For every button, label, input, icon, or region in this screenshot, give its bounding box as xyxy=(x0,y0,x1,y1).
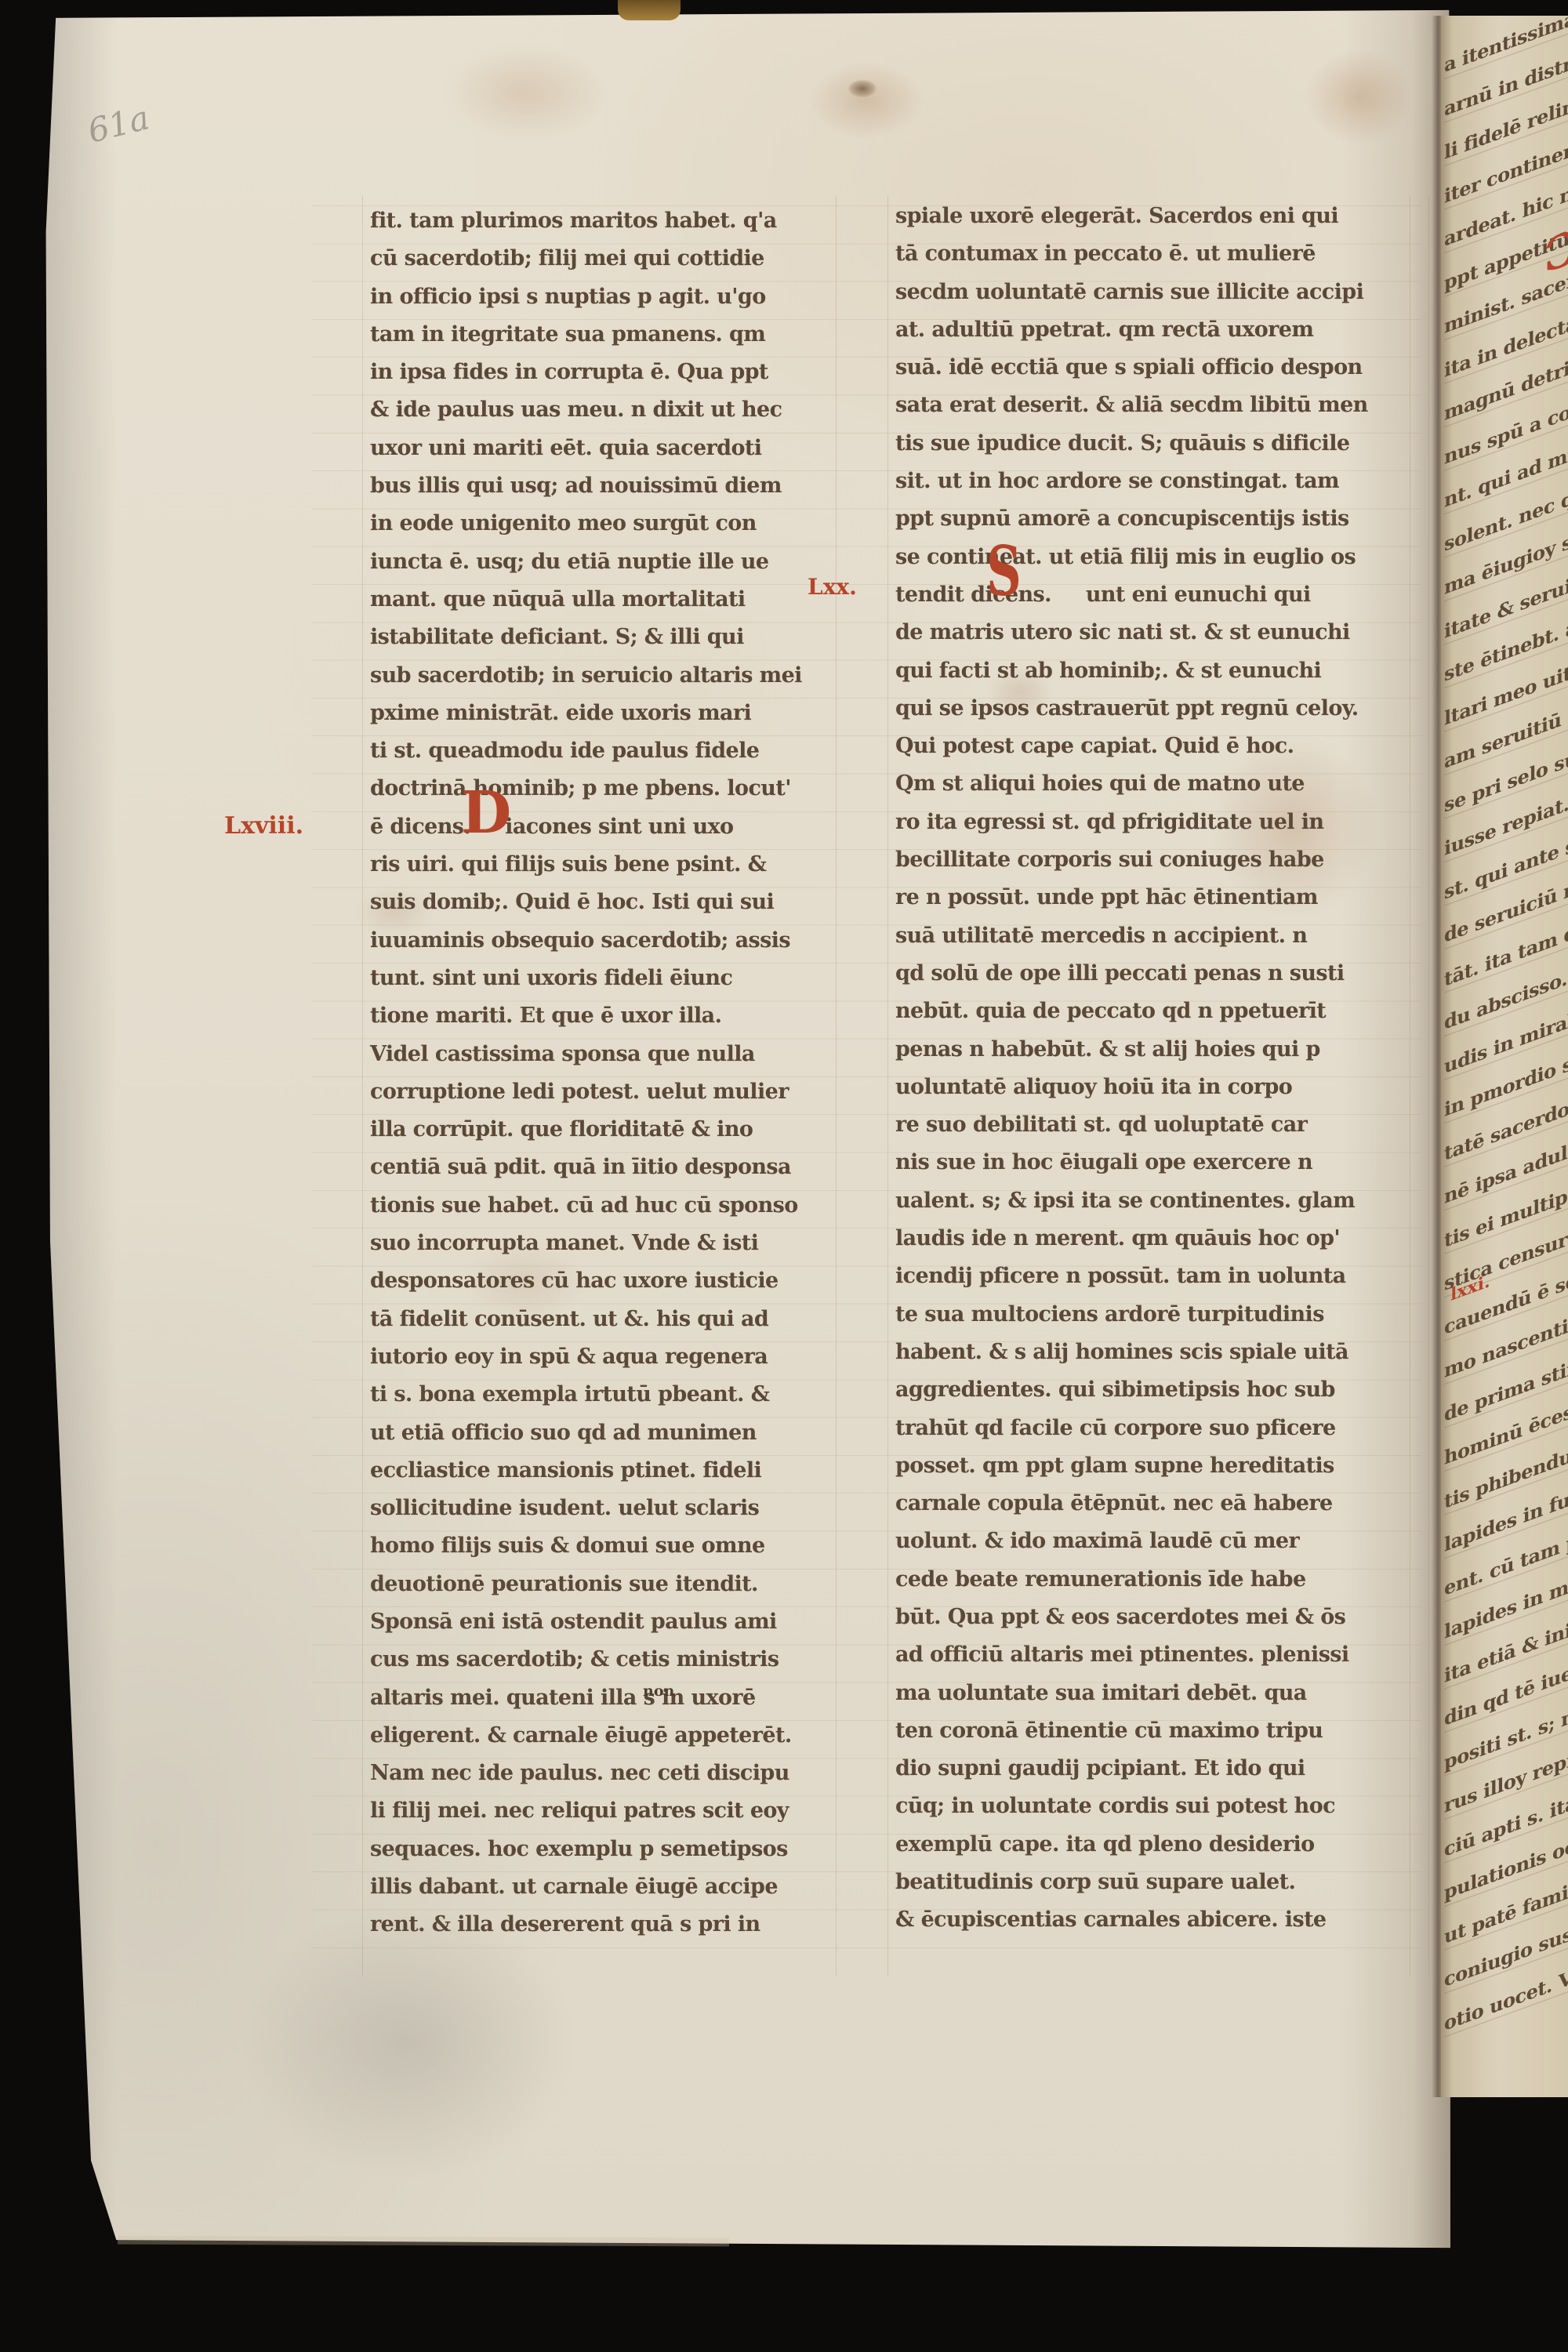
edge-rubricated-initial-fragment: Ɔ xyxy=(1544,222,1568,281)
manuscript-line: fit. tam plurimos maritos habet. q'a xyxy=(370,202,833,240)
manuscript-line: qui facti st ab hominib;. & st eunuchi xyxy=(895,652,1419,690)
manuscript-line: posset. qm ppt glam supne hereditatis xyxy=(895,1447,1419,1485)
ruling-vertical xyxy=(836,196,837,1976)
manuscript-line: spiale uxorē elegerāt. Sacerdos eni qui xyxy=(895,198,1419,235)
manuscript-line: ro ita egressi st. qd pfrigiditate uel i… xyxy=(895,804,1419,841)
manuscript-line: centiā suā pdit. quā in īitio desponsa xyxy=(370,1149,833,1186)
manuscript-line: nis sue in hoc ēiugali ope exercere n xyxy=(895,1144,1419,1181)
manuscript-line: ris uiri. qui filijs suis bene psint. & xyxy=(370,846,833,884)
page-bottom-edge xyxy=(118,2236,729,2247)
manuscript-line: penas n habebūt. & st alij hoies qui p xyxy=(895,1031,1419,1069)
manuscript-line: ualent. s; & ipsi ita se continentes. gl… xyxy=(895,1182,1419,1220)
manuscript-line: sequaces. hoc exemplu p semetipsos xyxy=(370,1831,833,1868)
manuscript-line: illa corrūpit. que floriditatē & ino xyxy=(370,1111,833,1149)
manuscript-line: exemplū cape. ita qd pleno desiderio xyxy=(895,1826,1419,1864)
manuscript-line: ut etiā officio suo qd ad munimen xyxy=(370,1414,833,1452)
manuscript-line: in ipsa fides in corrupta ē. Qua ppt xyxy=(370,354,833,391)
manuscript-line: deuotionē peurationis sue itendit. xyxy=(370,1566,833,1603)
manuscript-line: tione mariti. Et que ē uxor illa. xyxy=(370,997,833,1035)
manuscript-line: desponsatores cū hac uxore iusticie xyxy=(370,1262,833,1300)
manuscript-line: laudis ide n merent. qm quāuis hoc op' xyxy=(895,1220,1419,1258)
ruling-vertical xyxy=(887,196,888,1976)
rubricated-initial-s: S xyxy=(986,538,1022,606)
manuscript-line: cūq; in uoluntate cordis sui potest hoc xyxy=(895,1788,1419,1825)
manuscript-line: cede beate remunerationis īde habe xyxy=(895,1561,1419,1599)
text-column-right: spiale uxorē elegerāt. Sacerdos eni qui … xyxy=(895,198,1419,1940)
manuscript-line: ad officiū altaris mei ptinentes. plenis… xyxy=(895,1636,1419,1674)
manuscript-line: sit. ut in hoc ardore se constingat. tam xyxy=(895,463,1419,500)
manuscript-line: cus ms sacerdotib; & cetis ministris xyxy=(370,1641,833,1679)
manuscript-line: iutorio eoy in spū & aqua regenera xyxy=(370,1338,833,1376)
manuscript-line: Qm st aliqui hoies qui de matno ute xyxy=(895,765,1419,803)
margin-chapter-numeral-lxviii: Lxviii. xyxy=(224,812,303,840)
manuscript-line: Sponsā eni istā ostendit paulus ami xyxy=(370,1603,833,1641)
manuscript-line: trahūt qd facile cū corpore suo pficere xyxy=(895,1410,1419,1447)
manuscript-line: iuncta ē. usq; du etiā nuptie ille ue xyxy=(370,543,833,581)
manuscript-line: suā utilitatē mercedis n accipient. n xyxy=(895,917,1419,955)
manuscript-line: corruptione ledi potest. uelut mulier xyxy=(370,1073,833,1111)
manuscript-line: ppt supnū amorē a concupiscentijs istis xyxy=(895,500,1419,538)
manuscript-line: homo filijs suis & domui sue omne xyxy=(370,1527,833,1565)
manuscript-line: becillitate corporis sui coniuges habe xyxy=(895,841,1419,879)
manuscript-line: re suo debilitati st. qd uoluptatē car xyxy=(895,1106,1419,1144)
manuscript-line: habent. & s alij homines scis spiale uit… xyxy=(895,1334,1419,1371)
manuscript-line: suā. idē ecctiā que s spiali officio des… xyxy=(895,349,1419,387)
manuscript-line: uxor uni mariti eēt. quia sacerdoti xyxy=(370,430,833,467)
manuscript-line: Nam nec ide paulus. nec ceti discipu xyxy=(370,1755,833,1792)
manuscript-line: tis sue ipudice ducit. S; quāuis s dific… xyxy=(895,425,1419,463)
manuscript-line: tam in itegritate sua pmanens. qm xyxy=(370,316,833,354)
manuscript-line: tionis sue habet. cū ad huc cū sponso xyxy=(370,1187,833,1225)
manuscript-line: altaris mei. quateni illa s in uxorē xyxy=(370,1679,833,1717)
manuscript-line: istabilitate deficiant. S; & illi qui xyxy=(370,619,833,656)
manuscript-line: ten coronā ētinentie cū maximo tripu xyxy=(895,1712,1419,1750)
manuscript-line: carnale copula ētēpnūt. nec eā habere xyxy=(895,1485,1419,1523)
manuscript-line: beatitudinis corp suū supare ualet. xyxy=(895,1864,1419,1901)
manuscript-line: pxime ministrāt. eide uxoris mari xyxy=(370,695,833,732)
manuscript-line: mant. que nūquā ulla mortalitati xyxy=(370,581,833,619)
manuscript-line: uolunt. & ido maximā laudē cū mer xyxy=(895,1523,1419,1560)
manuscript-line: tā fidelit conūsent. ut &. his qui ad xyxy=(370,1301,833,1338)
manuscript-line: te sua multociens ardorē turpitudinis xyxy=(895,1296,1419,1334)
text-column-left: fit. tam plurimos maritos habet. q'a cū … xyxy=(370,202,833,1944)
manuscript-line: at. adultiū ppetrat. qm rectā uxorem xyxy=(895,311,1419,349)
manuscript-line: & ide paulus uas meu. n dixit ut hec xyxy=(370,391,833,429)
manuscript-line: sub sacerdotib; in seruicio altaris mei xyxy=(370,657,833,695)
manuscript-line: tā contumax in peccato ē. ut mulierē xyxy=(895,235,1419,273)
manuscript-line: suo incorrupta manet. Vnde & isti xyxy=(370,1225,833,1262)
rubricated-initial-d: D xyxy=(461,784,511,842)
manuscript-line: secdm uoluntatē carnis sue illicite acci… xyxy=(895,274,1419,311)
manuscript-line: doctrinā hominib; p me pbens. locut' xyxy=(370,770,833,808)
manuscript-line: tunt. sint uni uxoris fideli ēiunc xyxy=(370,960,833,997)
manuscript-line: qui se ipsos castrauerūt ppt regnū celoy… xyxy=(895,690,1419,728)
manuscript-line: in officio ipsi s nuptias p agit. u'go xyxy=(370,278,833,316)
facing-page-text: lxxi. Ɔ a itentissima deuotione arnū in … xyxy=(1444,16,1568,2045)
ruling-vertical xyxy=(362,196,363,1976)
manuscript-line: būt. Qua ppt & eos sacerdotes mei & ōs xyxy=(895,1599,1419,1636)
manuscript-line: sollicitudine isudent. uelut sclaris xyxy=(370,1490,833,1527)
manuscript-line: ma uoluntate sua imitari debēt. qua xyxy=(895,1675,1419,1712)
manuscript-line: icendij pficere n possūt. tam in uolunta xyxy=(895,1258,1419,1295)
manuscript-line: illis dabant. ut carnale ēiugē accipe xyxy=(370,1868,833,1906)
manuscript-line: & ēcupiscentias carnales abicere. iste xyxy=(895,1901,1419,1939)
interlinear-correction: non xyxy=(643,1684,674,1699)
page-left-edge-shadow xyxy=(43,8,118,2250)
manuscript-line: tendit dicens. unt eni eunuchi qui xyxy=(895,576,1419,614)
manuscript-line: dio supni gaudij pcipiant. Et ido qui xyxy=(895,1750,1419,1788)
manuscript-line: ti st. queadmodu ide paulus fidele xyxy=(370,732,833,770)
manuscript-line: Qui potest cape capiat. Quid ē hoc. xyxy=(895,728,1419,765)
manuscript-line: li filij mei. nec reliqui patres scit eo… xyxy=(370,1792,833,1830)
manuscript-line: in eode unigenito meo surgūt con xyxy=(370,505,833,543)
manuscript-line: nebūt. quia de peccato qd n ppetuerīt xyxy=(895,993,1419,1030)
manuscript-line: se contineat. ut etiā filij mis in eugli… xyxy=(895,539,1419,576)
manuscript-line: suis domib;. Quid ē hoc. Isti qui sui xyxy=(370,884,833,921)
manuscript-line: cū sacerdotib; filij mei qui cottidie xyxy=(370,240,833,278)
ruling-vertical xyxy=(1428,196,1429,1976)
manuscript-photo: 61a fit. tam plurimos maritos habet. q'a… xyxy=(0,0,1568,2352)
manuscript-line: ē dicens. iacones sint uni uxo xyxy=(370,808,833,846)
manuscript-line: aggredientes. qui sibimetipsis hoc sub xyxy=(895,1371,1419,1409)
manuscript-line: qd solū de ope illi peccati penas n sust… xyxy=(895,955,1419,993)
manuscript-line: uoluntatē aliquoy hoiū ita in corpo xyxy=(895,1069,1419,1106)
headband xyxy=(618,0,681,20)
manuscript-line: sata erat deserit. & aliā secdm libitū m… xyxy=(895,387,1419,424)
manuscript-line: de matris utero sic nati st. & st eunuch… xyxy=(895,614,1419,652)
manuscript-line: ti s. bona exempla irtutū pbeant. & xyxy=(370,1376,833,1414)
manuscript-line: eligerent. & carnale ēiugē appeterēt. xyxy=(370,1717,833,1755)
facing-page-fore-edge: lxxi. Ɔ a itentissima deuotione arnū in … xyxy=(1441,16,1568,2097)
margin-chapter-numeral-lxx: Lxx. xyxy=(808,574,857,601)
manuscript-line: eccliastice mansionis ptinet. fideli xyxy=(370,1452,833,1490)
manuscript-line: Videl castissima sponsa que nulla xyxy=(370,1036,833,1073)
manuscript-line: iuuaminis obsequio sacerdotib; assis xyxy=(370,922,833,960)
manuscript-line: bus illis qui usq; ad nouissimū diem xyxy=(370,467,833,505)
manuscript-line: re n possūt. unde ppt hāc ētinentiam xyxy=(895,879,1419,916)
manuscript-line: rent. & illa desererent quā s pri in xyxy=(370,1906,833,1944)
